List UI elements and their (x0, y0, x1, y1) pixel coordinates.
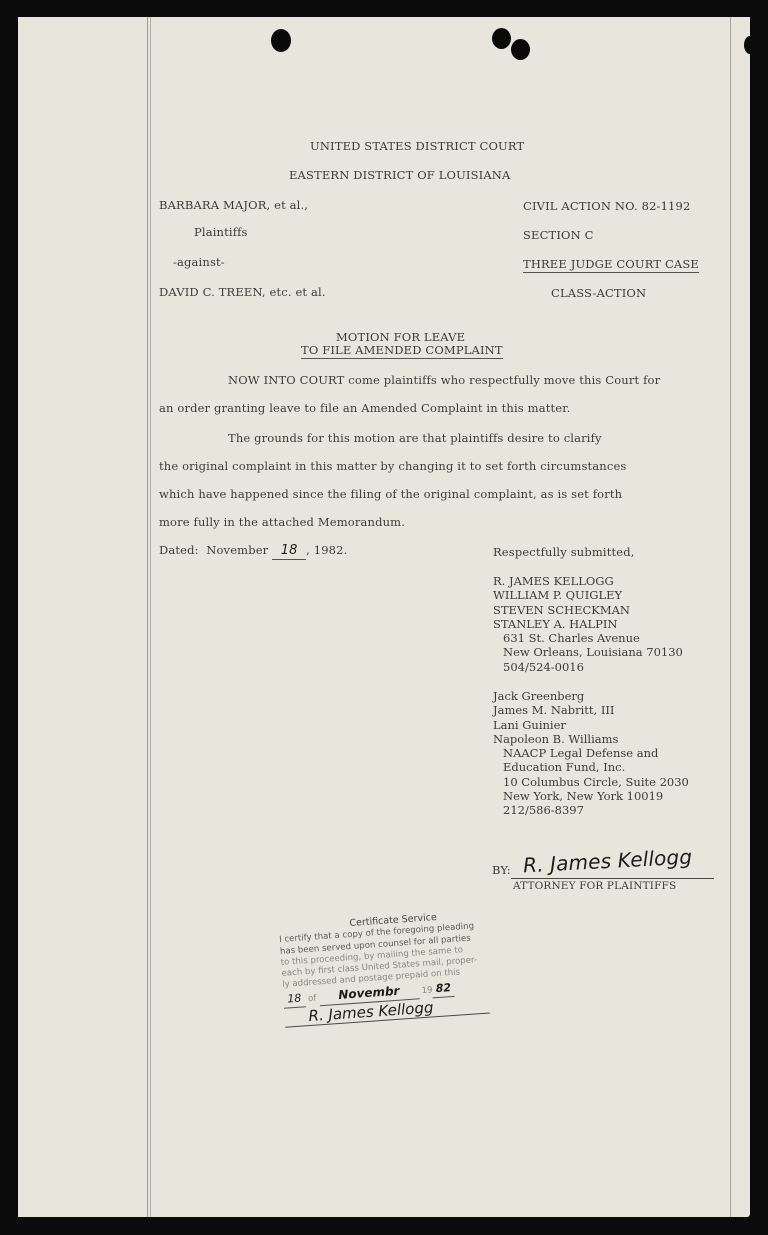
by-label: BY: (492, 863, 511, 877)
plaintiff-name: BARBARA MAJOR, et al., (159, 198, 308, 212)
right-margin-line (730, 17, 731, 1217)
dated-line: Dated: November 18, 1982. (159, 543, 347, 560)
defendant-name: DAVID C. TREEN, etc. et al. (159, 285, 326, 299)
dated-day-handwritten: 18 (281, 543, 298, 558)
address-line: NAACP Legal Defense and (493, 746, 689, 760)
attorney-name: Lani Guinier (493, 718, 689, 732)
class-action: CLASS-ACTION (551, 286, 646, 300)
address-line: 631 St. Charles Avenue (493, 631, 683, 645)
motion-title-line2: TO FILE AMENDED COMPLAINT (301, 343, 503, 359)
dated-label: Dated: (159, 543, 199, 557)
dated-day-blank: 18 (272, 543, 306, 560)
closing: Respectfully submitted, (493, 545, 635, 559)
attorney-name: Jack Greenberg (493, 689, 689, 703)
punch-hole-icon (271, 29, 291, 52)
attorney-name: R. JAMES KELLOGG (493, 574, 683, 588)
court-name: UNITED STATES DISTRICT COURT (310, 139, 524, 153)
punch-hole-icon (511, 39, 530, 60)
left-margin-line (147, 17, 148, 1217)
phone: 504/524-0016 (493, 660, 683, 674)
dated-month: November (206, 543, 268, 557)
phone: 212/586-8397 (493, 803, 689, 817)
body-paragraph2-line1: The grounds for this motion are that pla… (228, 431, 602, 445)
address-line: New Orleans, Louisiana 70130 (493, 645, 683, 659)
address-line: 10 Columbus Circle, Suite 2030 (493, 775, 689, 789)
plaintiff-role: Plaintiffs (194, 225, 248, 239)
body-paragraph2-line3: which have happened since the filing of … (159, 487, 622, 501)
civil-action-number: CIVIL ACTION NO. 82-1192 (523, 199, 690, 213)
signature-caption: ATTORNEY FOR PLAINTIFFS (513, 879, 676, 893)
attorney-name: STEVEN SCHECKMAN (493, 603, 683, 617)
body-paragraph1-line1: NOW INTO COURT come plaintiffs who respe… (228, 373, 660, 387)
body-paragraph2-line2: the original complaint in this matter by… (159, 459, 626, 473)
certificate-month: Novembr (338, 983, 400, 1001)
attorney-name: James M. Nabritt, III (493, 703, 689, 717)
attorney-name: Napoleon B. Williams (493, 732, 689, 746)
attorneys-group2: Jack Greenberg James M. Nabritt, III Lan… (493, 689, 689, 818)
left-margin-line-inner (150, 17, 151, 1217)
case-type: THREE JUDGE COURT CASE (523, 257, 699, 273)
address-line: Education Fund, Inc. (493, 760, 689, 774)
certificate-of-label: of (308, 993, 317, 1004)
certificate-year-prefix: 19 (421, 985, 433, 996)
section: SECTION C (523, 228, 594, 242)
attorney-name: WILLIAM P. QUIGLEY (493, 588, 683, 602)
handwritten-signature: R. James Kellogg (523, 846, 693, 877)
edge-hole-icon (744, 36, 756, 54)
attorneys-group1: R. JAMES KELLOGG WILLIAM P. QUIGLEY STEV… (493, 574, 683, 674)
court-district: EASTERN DISTRICT OF LOUISIANA (289, 168, 510, 182)
document-page: UNITED STATES DISTRICT COURT EASTERN DIS… (18, 17, 750, 1217)
motion-title-line1: MOTION FOR LEAVE (336, 330, 465, 344)
punch-hole-icon (492, 28, 511, 49)
certificate-day: 18 (287, 991, 302, 1005)
address-line: New York, New York 10019 (493, 789, 689, 803)
attorney-name: STANLEY A. HALPIN (493, 617, 683, 631)
body-paragraph2-line4: more fully in the attached Memorandum. (159, 515, 405, 529)
dated-year: , 1982. (306, 543, 347, 557)
body-paragraph1-line2: an order granting leave to file an Amend… (159, 401, 570, 415)
certificate-year-suffix: 82 (435, 981, 451, 995)
certificate-of-service: Certificate Service I certify that a cop… (278, 907, 515, 1028)
versus: -against- (173, 255, 225, 269)
